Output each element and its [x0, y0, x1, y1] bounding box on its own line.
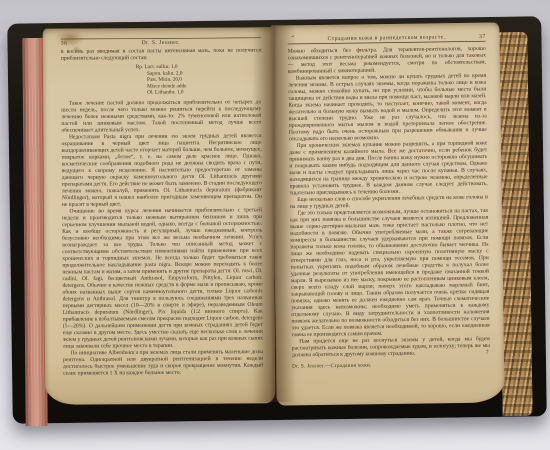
- book-photo: 36 Dr. S. Jessner. в восемь раз вводимая…: [0, 0, 550, 450]
- paragraph: в восемь раз вводимая в состав пасты инт…: [61, 46, 261, 61]
- paragraph: По инициативе Albersheim'а при экземах л…: [63, 348, 263, 376]
- right-page-number: 37: [479, 33, 486, 40]
- left-running-head-row: 36 Dr. S. Jessner.: [61, 38, 261, 48]
- paragraph: Очищение во время курса лечения начинает…: [62, 206, 263, 349]
- paragraph: Важным является вопрос о том, можно ли к…: [288, 72, 487, 142]
- paragraph: Недостатком Pasta nigra при лечении ею э…: [61, 132, 262, 208]
- paragraph: Такое лечение пастой должно продолжаться…: [61, 98, 261, 133]
- paragraph: При хронических экземах купание можно ра…: [289, 139, 488, 196]
- left-running-head: Dr. S. Jessner.: [61, 38, 261, 46]
- left-page: 36 Dr. S. Jessner. в восемь раз вводимая…: [43, 27, 276, 405]
- stain: [72, 46, 81, 53]
- left-page-text: 36 Dr. S. Jessner. в восемь раз вводимая…: [61, 37, 264, 404]
- recipe-line: Ol. Lithanthr. 1,0: [136, 89, 187, 96]
- paragraph: Где это только представляется возможным,…: [290, 207, 490, 338]
- recipe-block: Rp. Lact. sulfur. 1,0 Sapon. kalin. 2,0 …: [136, 63, 187, 95]
- paragraph: Можно обходиться без фильтра. Для терапе…: [288, 45, 486, 75]
- right-page-text: 9 Страдания кожи в раннедетском возрасте…: [287, 33, 490, 406]
- right-running-head: Страдания кожи в раннедетском возрасте.: [287, 33, 485, 43]
- footline: Dr. S. Jessner.—Страдания кожи.: [292, 360, 490, 370]
- stain: [56, 30, 84, 47]
- right-page: 9 Страдания кожи в раннедетском возрасте…: [271, 22, 504, 405]
